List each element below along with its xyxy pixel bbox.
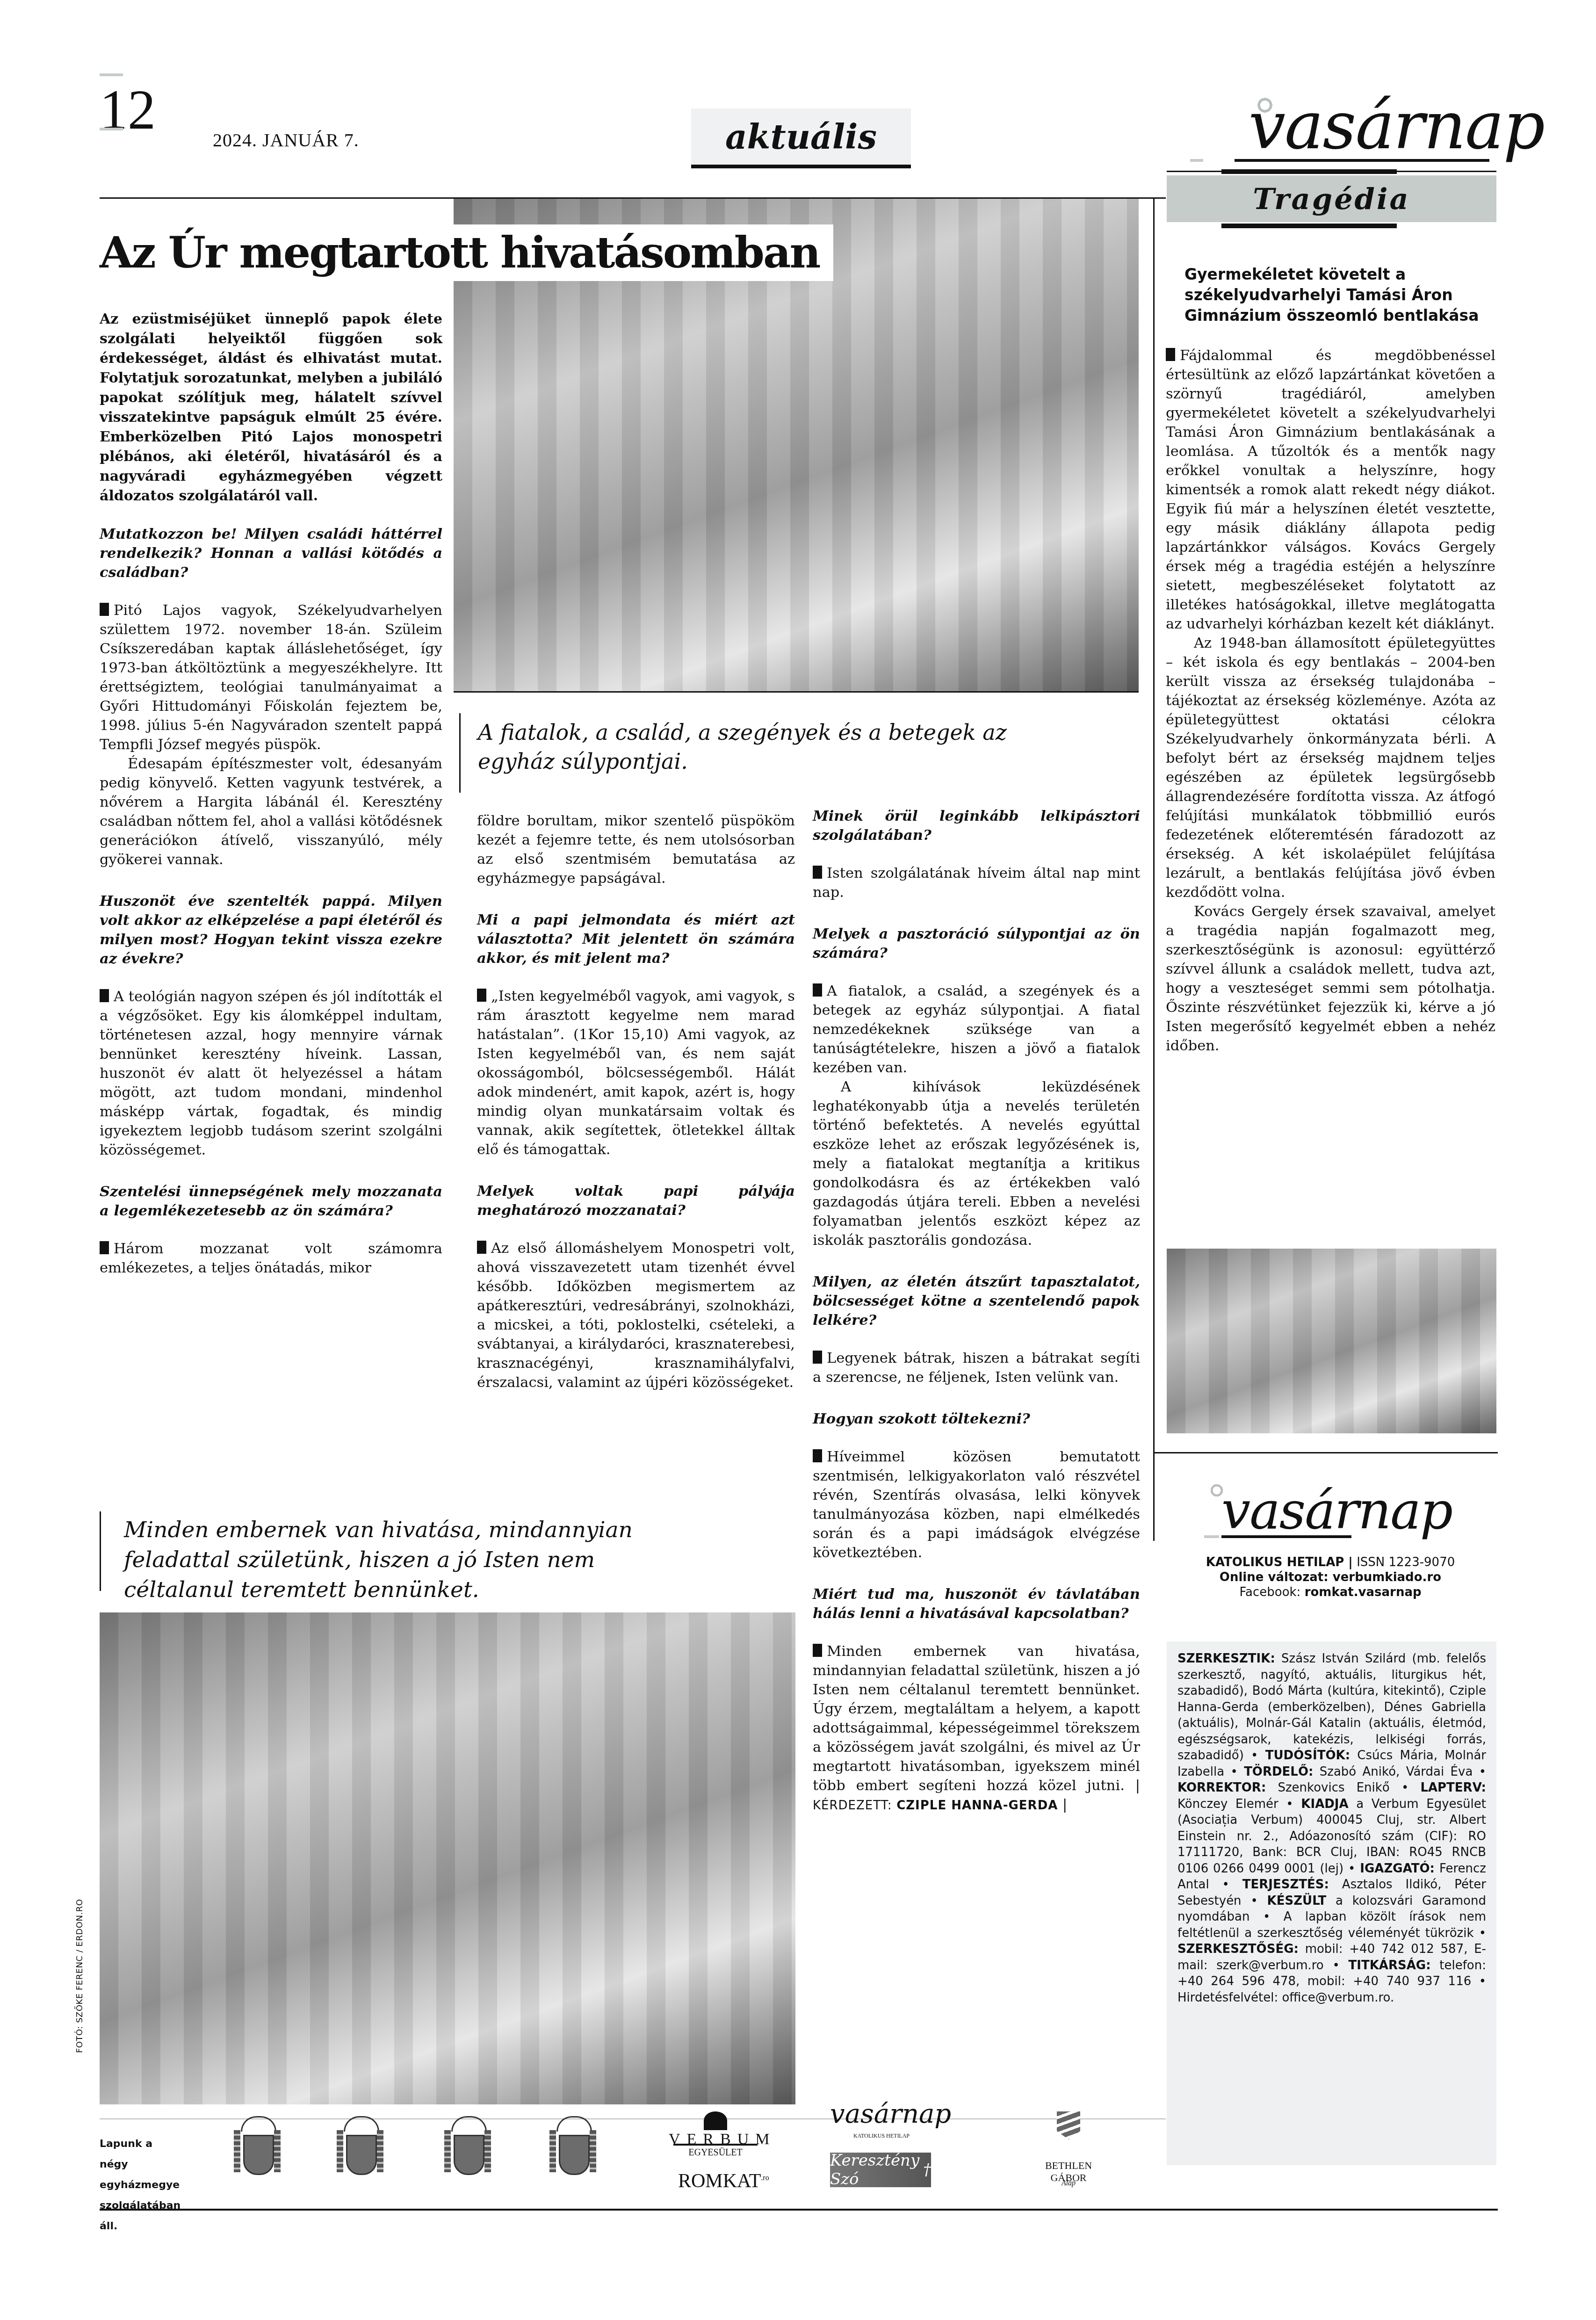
answer: Isten szolgálatának híveim által nap min… xyxy=(813,864,1140,902)
romkat-suffix: .ro xyxy=(761,2174,769,2182)
imprint-logo: vasárnap xyxy=(1221,1485,1452,1536)
staff-list: SZERKESZTIK: Szász István Szilárd (mb. f… xyxy=(1177,1651,1486,2006)
question: Minek örül leginkább lelkipásztori szolg… xyxy=(813,807,1140,845)
imprint-accent xyxy=(1204,1535,1219,1538)
photo-credit: FOTÓ: SZŐKE FERENC / ERDON.RO xyxy=(75,1899,85,2053)
masthead-rule xyxy=(1235,159,1489,162)
footer-bottom-rule xyxy=(100,2209,1498,2211)
page-number-bar-top xyxy=(100,73,123,76)
kereszteny-szo-label: Keresztény Szó xyxy=(830,2151,919,2189)
question: Mutatkozzon be! Milyen családi háttérrel… xyxy=(100,525,442,582)
sidebar-top-rule xyxy=(1167,171,1496,172)
question: Melyek voltak papi pályája meghatározó m… xyxy=(477,1182,795,1220)
article-column-3: Minek örül leginkább lelkipásztori szolg… xyxy=(813,807,1140,1815)
masthead-logo: vasárnap xyxy=(1249,94,1544,159)
imprint-rule xyxy=(1221,1535,1351,1538)
online-url[interactable]: Online változat: verbumkiado.ro xyxy=(1167,1570,1494,1585)
article-title: Az Úr megtartott hivatásomban xyxy=(100,224,833,281)
kicker-label: Tragédia xyxy=(1253,182,1410,216)
paragraph: Fájdalommal és megdöbbenéssel értesültün… xyxy=(1166,346,1495,634)
staff-label: SZERKESZTIK: xyxy=(1177,1652,1275,1666)
bethlen-shield-icon xyxy=(1057,2111,1080,2139)
article-lead: Az ezüstmiséjüket ünneplő papok élete sz… xyxy=(100,310,442,506)
pull-quote-bar xyxy=(100,1511,101,1591)
facebook-handle[interactable]: romkat.vasarnap xyxy=(1305,1585,1422,1599)
staff-label: KÉSZÜLT xyxy=(1267,1894,1327,1908)
imprint-type: KATOLIKUS HETILAP | xyxy=(1206,1555,1353,1569)
article-column-1: Az ezüstmiséjüket ünneplő papok élete sz… xyxy=(100,310,442,1278)
page-number-bar-bottom xyxy=(100,128,123,130)
imprint-meta: KATOLIKUS HETILAP | ISSN 1223-9070 Onlin… xyxy=(1167,1555,1494,1600)
staff-label: TERJESZTÉS: xyxy=(1242,1878,1329,1892)
section-label: aktuális xyxy=(725,117,877,157)
masthead-accent xyxy=(1190,159,1203,162)
staff-label: KORREKTOR: xyxy=(1177,1781,1266,1795)
photo-bottom-rule xyxy=(454,691,1139,693)
answer: A fiatalok, a család, a szegények és a b… xyxy=(813,982,1140,1077)
paragraph: A kihívások leküzdésének leghatékonyabb … xyxy=(813,1077,1140,1250)
staff-text: Szabó Anikó, Várdai Éva • xyxy=(1313,1765,1486,1779)
answer: Az első állomáshelyem Monospetri volt, a… xyxy=(477,1239,795,1392)
sidebar-separator xyxy=(1153,1452,1498,1453)
staff-label: TÖRDELŐ: xyxy=(1244,1765,1313,1779)
staff-label: KIADJA xyxy=(1301,1797,1348,1811)
issn: ISSN 1223-9070 xyxy=(1353,1555,1455,1569)
answer: Minden embernek van hivatása, mindannyia… xyxy=(813,1643,1140,1794)
byline-label: KÉRDEZETT: xyxy=(813,1799,892,1813)
paragraph: földre borultam, mikor szentelő püspököm… xyxy=(477,811,795,888)
verbum-book-icon xyxy=(704,2111,727,2130)
cross-icon: † xyxy=(923,2161,931,2179)
facebook-line: Facebook: romkat.vasarnap xyxy=(1167,1585,1494,1600)
pull-quote-1: A fiatalok, a család, a szegények és a b… xyxy=(478,718,1067,776)
romkat-name: ROMKAT xyxy=(678,2170,761,2192)
diocese-crest-4 xyxy=(549,2116,596,2186)
romkat-logo: ROMKAT.ro xyxy=(678,2170,753,2192)
paragraph: Az 1948-ban államosított épületegyüttes … xyxy=(1166,634,1495,902)
ceremony-photo xyxy=(100,1612,795,2104)
footer-note: Lapunk a négy egyházmegye szolgálatában … xyxy=(100,2134,174,2237)
sidebar-divider xyxy=(1153,199,1155,1541)
question: Mi a papi jelmondata és miért azt válasz… xyxy=(477,911,795,968)
verbum-logo: VERBUM xyxy=(669,2131,762,2148)
question: Milyen, az életén átszűrt tapasztalatot,… xyxy=(813,1272,1140,1330)
question: Huszonöt éve szentelték pappá. Milyen vo… xyxy=(100,892,442,968)
staff-label: LAPTERV: xyxy=(1420,1781,1486,1795)
answer: Pitó Lajos vagyok, Székelyudvarhelyen sz… xyxy=(100,601,442,754)
byline-name: CZIPLE HANNA-GERDA xyxy=(896,1799,1058,1813)
staff-label: TITKÁRSÁG: xyxy=(1349,1959,1431,1973)
paragraph: Kovács Gergely érsek szavaival, amelyet … xyxy=(1166,902,1495,1055)
staff-text: Szenkovics Enikő • xyxy=(1266,1781,1420,1795)
staff-label: IGAZGATÓ: xyxy=(1360,1862,1435,1876)
facebook-label: Facebook: xyxy=(1239,1585,1304,1599)
vasarnap-small-logo: vasárnap xyxy=(830,2099,933,2129)
answer: Legyenek bátrak, hiszen a bátrakat segít… xyxy=(813,1349,1140,1387)
bethlen-sub: Alap xyxy=(1038,2179,1099,2188)
sidebar-body: Fájdalommal és megdöbbenéssel értesültün… xyxy=(1166,346,1495,1055)
kereszteny-szo-logo: Keresztény Szó† xyxy=(830,2153,931,2187)
article-column-2: földre borultam, mikor szentelő püspököm… xyxy=(477,811,795,1392)
verbum-sub: EGYESÜLET xyxy=(669,2147,762,2158)
answer-with-byline: Minden embernek van hivatása, mindannyia… xyxy=(813,1642,1140,1815)
verbum-rule xyxy=(673,2144,758,2146)
question: Hogyan szokott töltekezni? xyxy=(813,1409,1140,1429)
answer: Három mozzanat volt számomra emlékezetes… xyxy=(100,1239,442,1278)
question: Melyek a pasztoráció súlypontjai az ön s… xyxy=(813,925,1140,963)
section-tab: aktuális xyxy=(691,108,911,168)
sidebar-headline: Gyermekéletet követelt a székelyudvarhel… xyxy=(1184,264,1493,326)
imprint-issn: KATOLIKUS HETILAP | ISSN 1223-9070 xyxy=(1167,1555,1494,1570)
diocese-crest-2 xyxy=(337,2116,383,2186)
collapsed-building-photo xyxy=(1167,1249,1496,1433)
staff-text: Könczey Elemér • xyxy=(1177,1797,1301,1811)
pull-quote-2: Minden embernek van hivatása, mindannyia… xyxy=(124,1515,648,1605)
vasarnap-small-sub: KATOLIKUS HETILAP xyxy=(830,2132,933,2139)
answer: Híveimmel közösen bemutatott szentmisén,… xyxy=(813,1447,1140,1562)
pull-quote-bar xyxy=(459,713,461,793)
question: Miért tud ma, huszonöt év távlatában hál… xyxy=(813,1585,1140,1623)
diocese-crest-3 xyxy=(444,2116,491,2186)
staff-label: TUDÓSÍTÓK: xyxy=(1265,1749,1350,1763)
staff-text: Szász István Szilárd (mb. felelős szerke… xyxy=(1177,1652,1486,1763)
answer: A teológián nagyon szépen és jól indítot… xyxy=(100,987,442,1160)
answer: „Isten kegyelméből vagyok, ami vagyok, s… xyxy=(477,987,795,1159)
staff-label: SZERKESZTŐSÉG: xyxy=(1177,1942,1299,1956)
paragraph: Édesapám építészmester volt, édesanyám p… xyxy=(100,754,442,869)
issue-date: 2024. JANUÁR 7. xyxy=(213,129,359,151)
diocese-crest-1 xyxy=(234,2116,281,2186)
sidebar-kicker: Tragédia xyxy=(1167,175,1496,222)
question: Szentelési ünnepségének mely mozzanata a… xyxy=(100,1182,442,1221)
kicker-rule-bottom xyxy=(1221,224,1397,228)
